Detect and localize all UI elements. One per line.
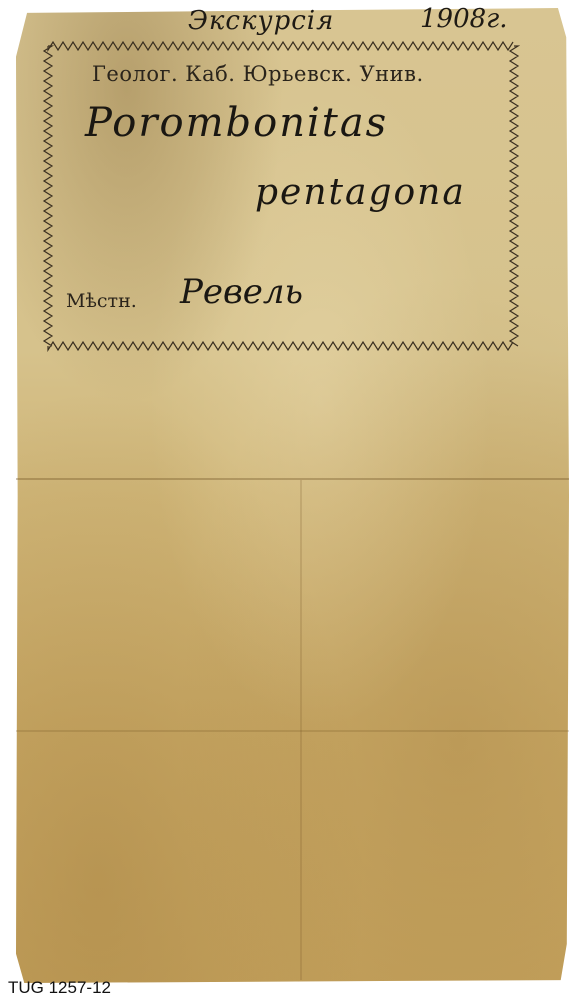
- institution-printed: Геолог. Каб. Юрьевск. Унив.: [92, 62, 424, 86]
- locality-value: Ревель: [180, 272, 303, 312]
- fold-line: [16, 478, 569, 480]
- fold-line: [300, 480, 302, 980]
- heading-handwritten: Экскурсiя: [188, 6, 334, 36]
- species-handwritten: pentagona: [255, 172, 466, 213]
- catalog-number: TUG 1257-12: [8, 978, 111, 998]
- genus-handwritten: Porombonitas: [85, 100, 388, 146]
- fold-line: [16, 730, 569, 732]
- year-handwritten: 1908г.: [420, 4, 508, 34]
- locality-label: Мѣстн.: [66, 290, 137, 312]
